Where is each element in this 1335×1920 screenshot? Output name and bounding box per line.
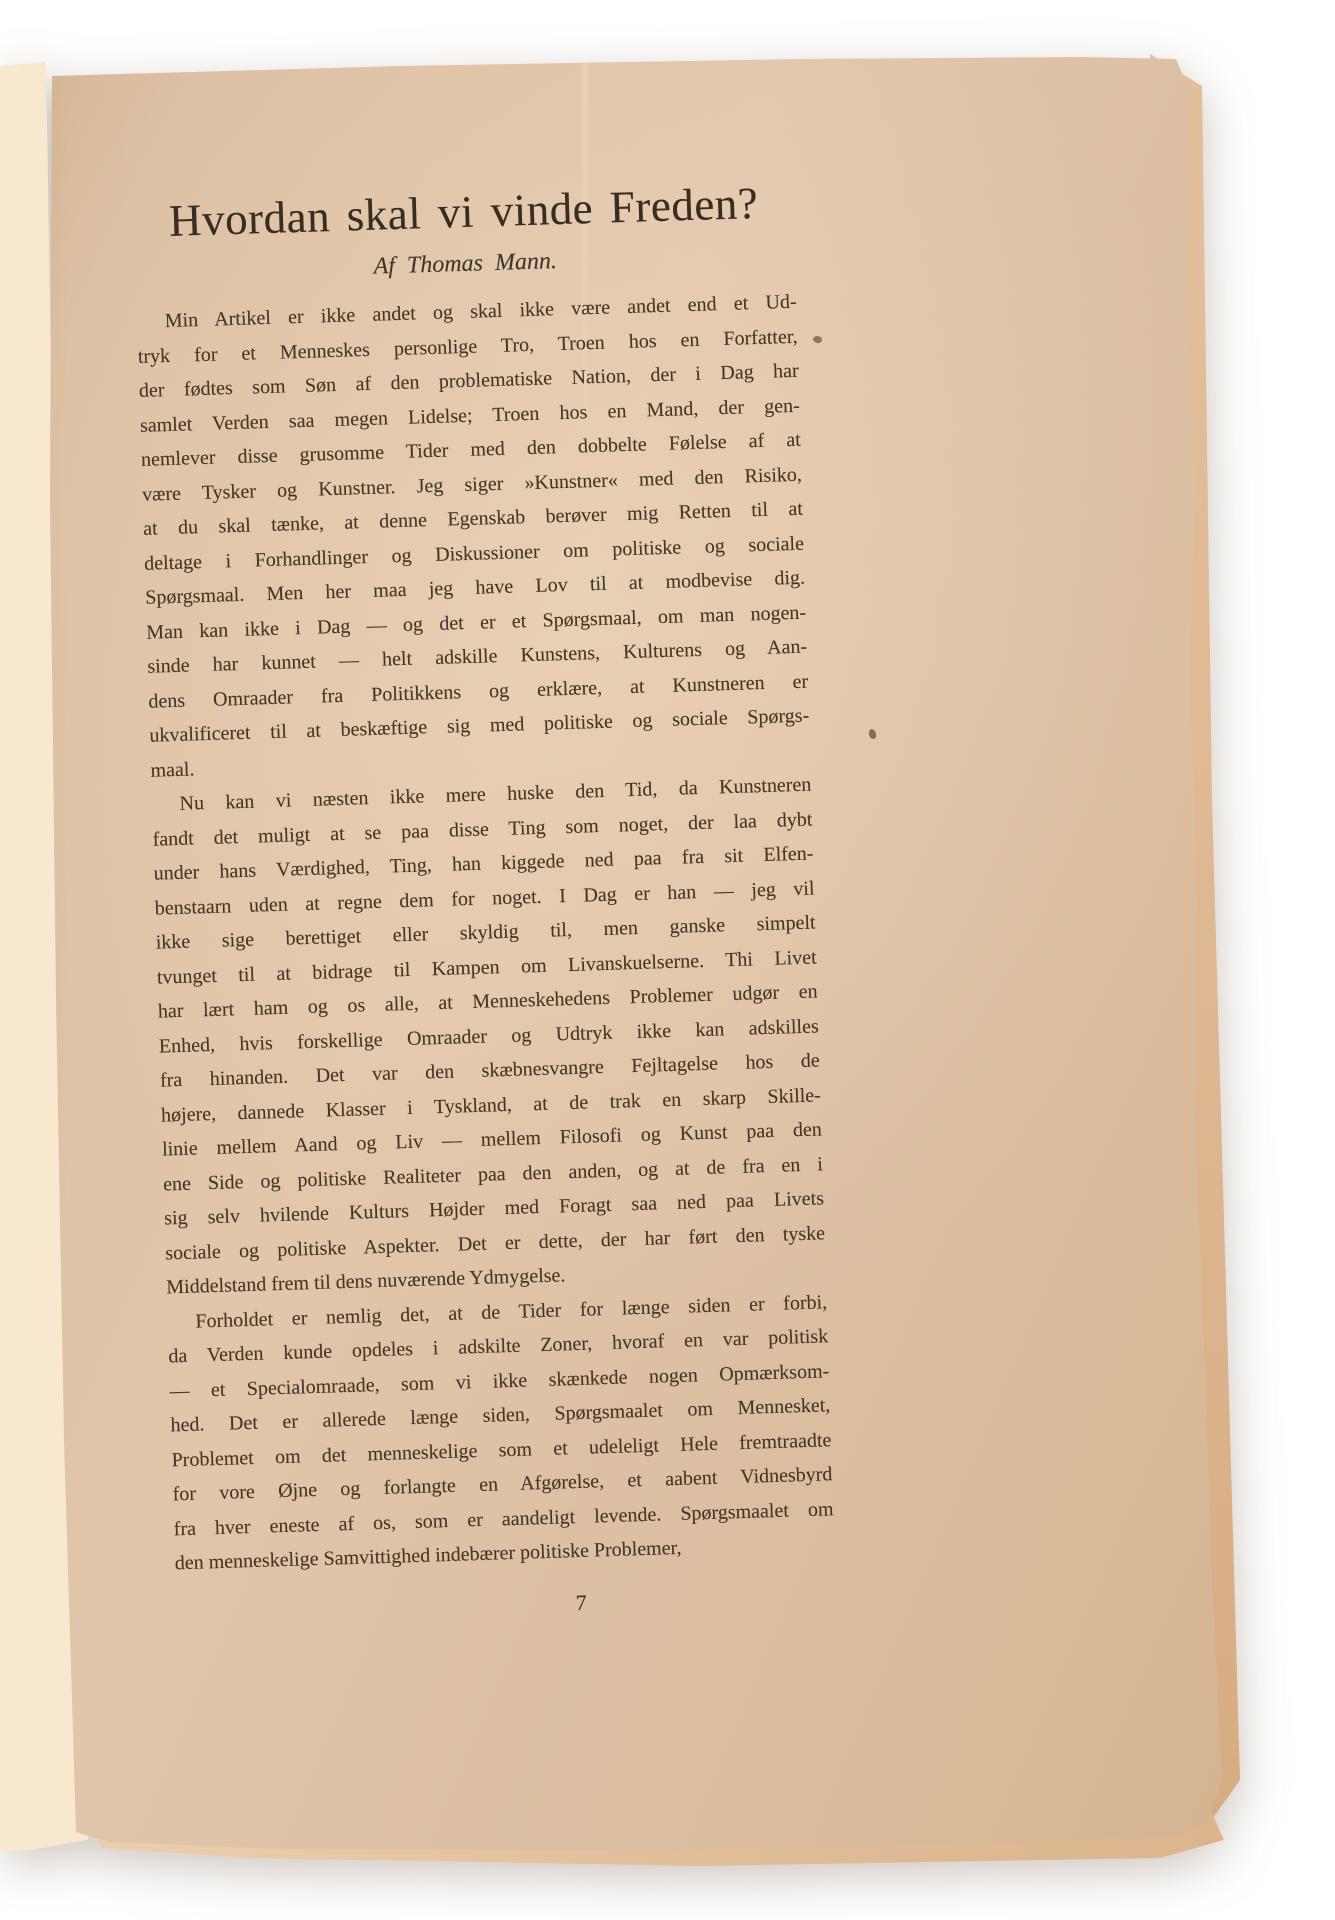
paper-speck bbox=[868, 728, 877, 739]
page-title: Hvordan skal vi vinde Freden? bbox=[133, 176, 794, 248]
paragraph: Min Artikel er ikke andet og skal ikke v… bbox=[136, 285, 810, 788]
photo-background: Hvordan skal vi vinde Freden? Af Thomas … bbox=[0, 0, 1335, 1920]
byline: Af Thomas Mann. bbox=[135, 241, 796, 288]
book: Hvordan skal vi vinde Freden? Af Thomas … bbox=[0, 0, 1335, 1920]
paragraph: Forholdet er nemlig det, at de Tider for… bbox=[167, 1285, 835, 1581]
paragraph: Nu kan vi næsten ikke mere huske den Tid… bbox=[151, 768, 826, 1305]
paper-speck bbox=[812, 334, 823, 344]
book-page: Hvordan skal vi vinde Freden? Af Thomas … bbox=[0, 0, 1335, 1920]
printed-text-block: Hvordan skal vi vinde Freden? Af Thomas … bbox=[133, 176, 836, 1628]
body-text: Min Artikel er ikke andet og skal ikke v… bbox=[136, 285, 835, 1581]
page-number: 7 bbox=[176, 1582, 836, 1628]
